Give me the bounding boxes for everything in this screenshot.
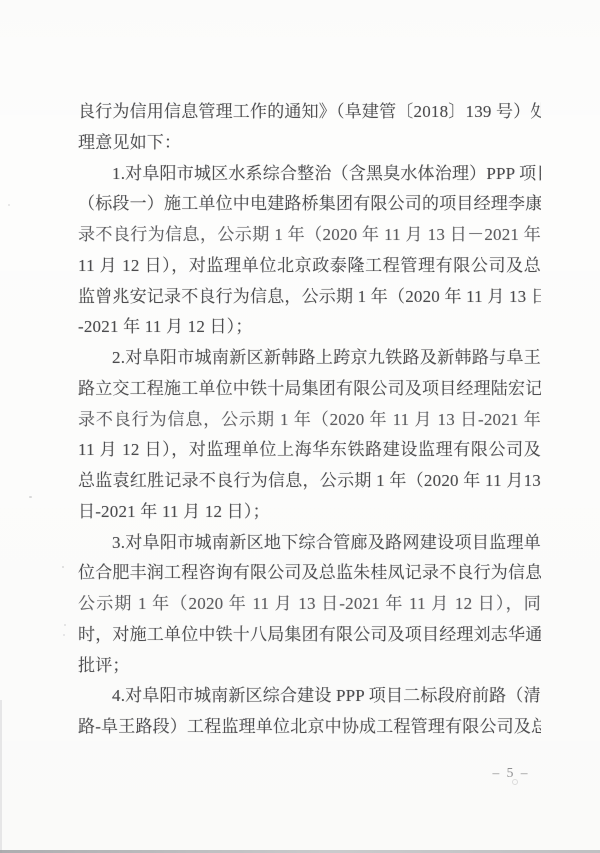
text-line: （标段一）施工单位中电建路桥集团有限公司的项目经理李康记 [78,189,541,220]
scan-speck [512,779,518,785]
text-line: 11 月 12 日），对监理单位北京政泰隆工程管理有限公司及总 [78,251,541,282]
text-line: 监曾兆安记录不良行为信息，公示期 1 年（2020 年 11 月 13 日 [78,282,541,313]
scan-speck [64,624,66,626]
scan-speck [366,262,368,264]
text-line: 路-阜王路段）工程监理单位北京中协成工程管理有限公司及总 [78,712,541,743]
document-text-block: 良行为信用信息管理工作的通知》（阜建管〔2018〕139 号）处 理意见如下： … [78,97,541,743]
text-line: 录不良行为信息，公示期 1 年（2020 年 11 月 13 日－2021 年 [78,220,541,251]
scan-left-edge [0,700,2,853]
text-line: 批评； [78,651,541,682]
scan-speck [29,496,32,498]
scan-speck [63,634,65,636]
page-number: – 5 – [480,765,542,781]
text-line: 日-2021 年 11 月 12 日）； [78,497,541,528]
text-line: 位合肥丰润工程咨询有限公司及总监朱桂凤记录不良行为信息， [78,558,541,589]
text-line: 总监袁红胜记录不良行为信息，公示期 1 年（2020 年 11 月13 [78,466,541,497]
text-line: 录不良行为信息，公示期 1 年（2020 年 11 月 13 日-2021 年 [78,405,541,436]
text-line-paragraph-2-start: 2.对阜阳市城南新区新韩路上跨京九铁路及新韩路与阜王 [78,343,541,374]
text-line: 11 月 12 日），对监理单位上海华东铁路建设监理有限公司及 [78,435,541,466]
text-line: 路立交工程施工单位中铁十局集团有限公司及项目经理陆宏记 [78,374,541,405]
text-line-paragraph-4-start: 4.对阜阳市城南新区综合建设 PPP 项目二标段府前路（清颍 [78,681,541,712]
text-line: 良行为信用信息管理工作的通知》（阜建管〔2018〕139 号）处 [78,97,541,128]
text-line: 理意见如下： [78,128,541,159]
text-line: 公示期 1 年（2020 年 11 月 13 日-2021 年 11 月 12 … [78,589,541,620]
text-line: -2021 年 11 月 12 日）； [78,312,541,343]
scan-speck [62,566,64,568]
scan-speck [8,204,10,206]
text-line: 时，对施工单位中铁十八局集团有限公司及项目经理刘志华通报 [78,620,541,651]
text-line-paragraph-3-start: 3.对阜阳市城南新区地下综合管廊及路网建设项目监理单 [78,528,541,559]
text-line-paragraph-1-start: 1.对阜阳市城区水系综合整治（含黑臭水体治理）PPP 项目 [78,159,541,190]
